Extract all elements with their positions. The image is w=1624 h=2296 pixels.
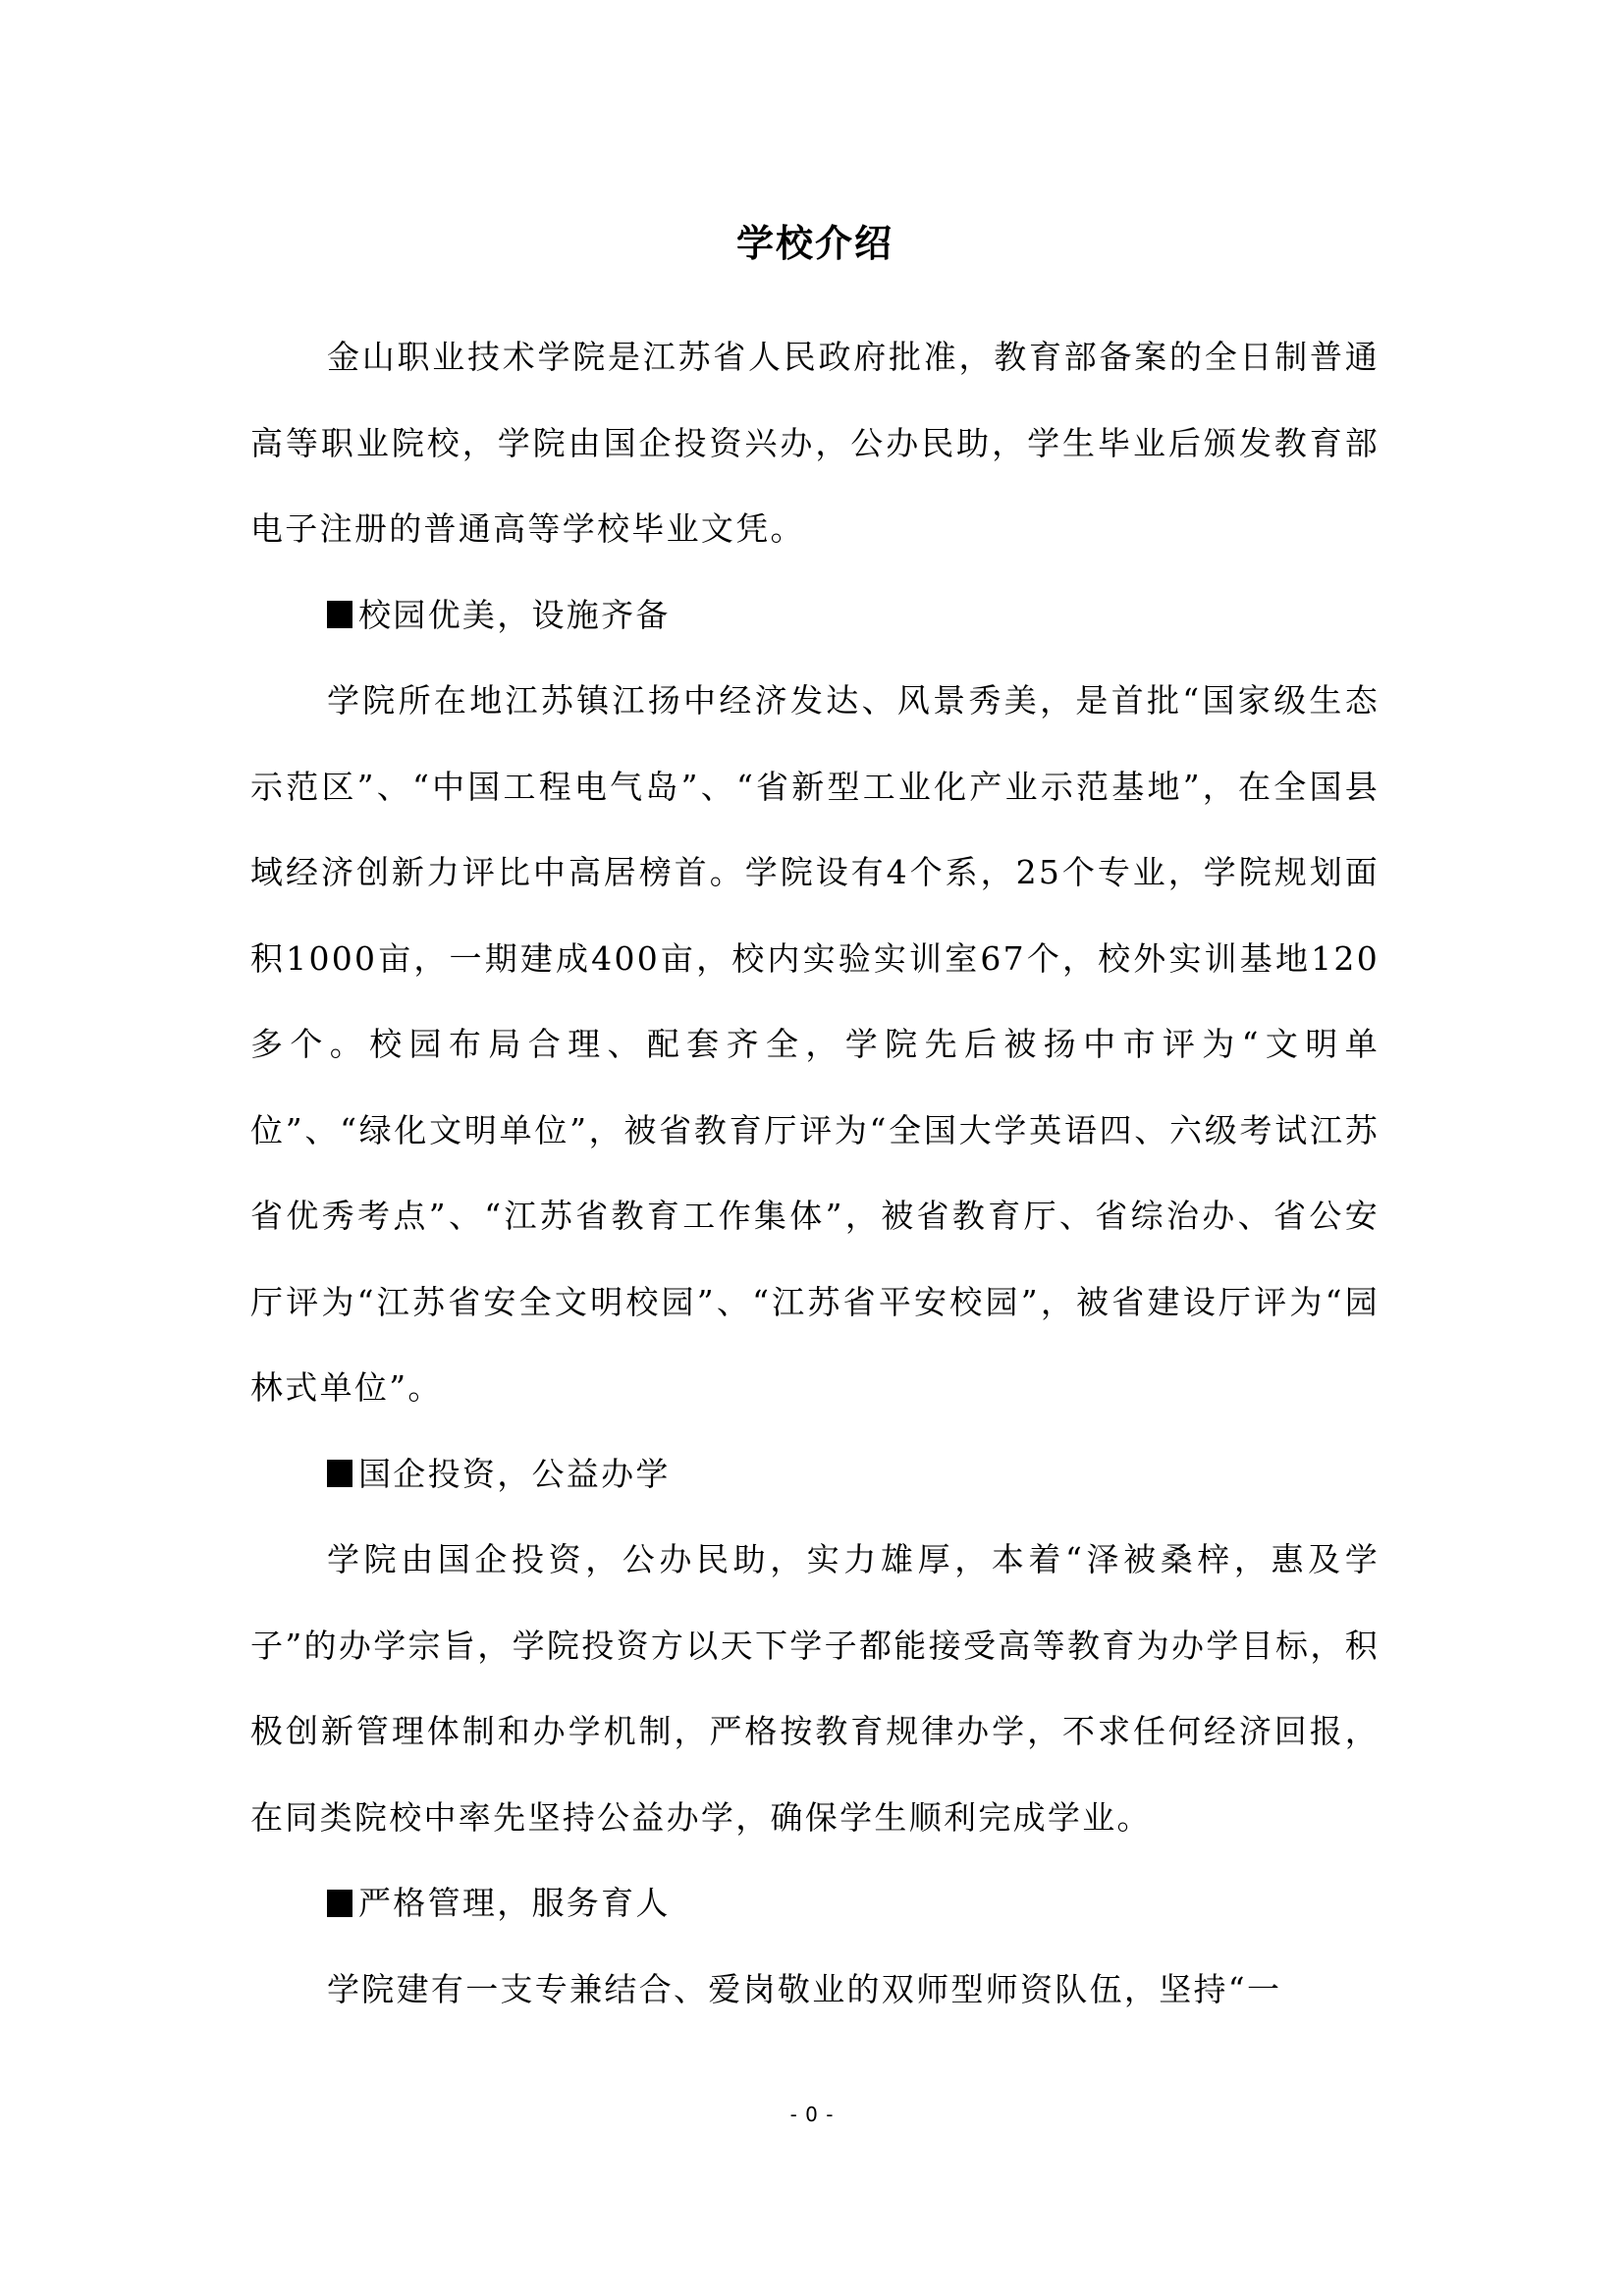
section-paragraph-campus: 学院所在地江苏镇江扬中经济发达、风景秀美，是首批“国家级生态示范区”、“中国工程… bbox=[250, 658, 1380, 1431]
section-heading-campus: 校园优美，设施齐备 bbox=[250, 572, 1380, 659]
section-paragraph-investment: 学院由国企投资，公办民助，实力雄厚，本着“泽被桑梓，惠及学子”的办学宗旨，学院投… bbox=[250, 1517, 1380, 1860]
document-body: 学校介绍 金山职业技术学院是江苏省人民政府批准，教育部备案的全日制普通高等职业院… bbox=[250, 208, 1380, 2032]
intro-paragraph: 金山职业技术学院是江苏省人民政府批准，教育部备案的全日制普通高等职业院校，学院由… bbox=[250, 314, 1380, 572]
section-heading-investment: 国企投资，公益办学 bbox=[250, 1431, 1380, 1518]
black-square-bullet-icon bbox=[327, 601, 352, 628]
page-number: - 0 - bbox=[0, 2099, 1624, 2130]
page-title: 学校介绍 bbox=[250, 208, 1380, 279]
black-square-bullet-icon bbox=[327, 1460, 352, 1487]
section-heading-text: 严格管理，服务育人 bbox=[358, 1860, 671, 1947]
section-heading-text: 校园优美，设施齐备 bbox=[358, 572, 671, 659]
section-heading-management: 严格管理，服务育人 bbox=[250, 1860, 1380, 1947]
section-heading-text: 国企投资，公益办学 bbox=[358, 1431, 671, 1518]
section-paragraph-management: 学院建有一支专兼结合、爱岗敬业的双师型师资队伍，坚持“一 bbox=[250, 1947, 1380, 2033]
black-square-bullet-icon bbox=[327, 1890, 352, 1917]
document-page: 学校介绍 金山职业技术学院是江苏省人民政府批准，教育部备案的全日制普通高等职业院… bbox=[0, 0, 1624, 2296]
